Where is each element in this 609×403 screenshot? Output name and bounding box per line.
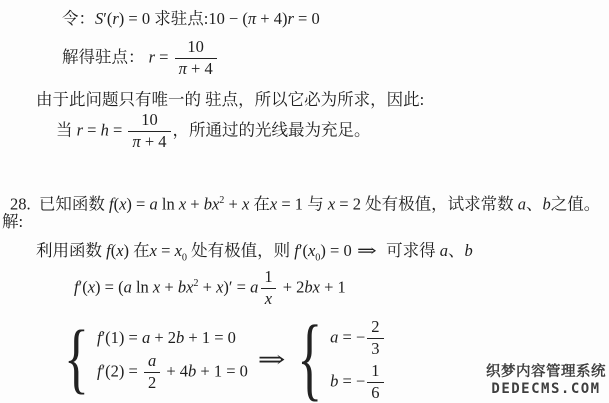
text-run: ln <box>132 277 153 296</box>
text-run: + 1 = 0 <box>184 328 236 347</box>
fraction: 1x <box>260 268 276 309</box>
text-run: 、 <box>526 195 543 214</box>
equation-systems-row: { f′(1) = a + 2b + 1 = 0 f′(2) = a2 + 4b… <box>64 318 386 403</box>
cn-solution-label: 解: <box>2 212 23 231</box>
cn-conclusion: ，所通过的光线最为充足。 <box>173 120 371 139</box>
text-run: a <box>149 195 157 214</box>
cn-find-stationary: 求驻点: <box>154 9 208 28</box>
cn-solved-stationary: 解得驻点： <box>62 47 149 66</box>
fraction: 16 <box>367 362 383 403</box>
text-run: ′( <box>79 277 88 296</box>
text-run: ′( <box>103 9 112 28</box>
text-run: b <box>542 195 550 214</box>
equation-system-left: { f′(1) = a + 2b + 1 = 0 f′(2) = a2 + 4b… <box>64 327 248 393</box>
text-run: 可求得 <box>386 241 440 260</box>
text-run: 2 <box>371 317 379 336</box>
cn-given-function: 已知函数 <box>39 195 109 214</box>
implies-arrow: ⇒ <box>258 347 286 373</box>
system-right-equation-b: b = −16 <box>330 362 385 403</box>
text-run: 之值。 <box>551 195 601 214</box>
text-run: + 4) <box>256 9 287 28</box>
text-run: x <box>265 289 272 308</box>
text-run: + 4 <box>141 132 167 151</box>
system-right-equation-a: a = −23 <box>330 318 385 359</box>
text-run: 1 <box>264 267 272 286</box>
text-run: 3 <box>371 339 379 358</box>
text-run: 2 <box>148 373 156 392</box>
fraction: 23 <box>367 318 383 359</box>
text-run: b <box>465 241 473 260</box>
system-left-equation-2: f′(2) = a2 + 4b + 1 = 0 <box>97 352 248 393</box>
text-run: = 2 <box>335 195 365 214</box>
text-run: 10 − ( <box>208 9 248 28</box>
equation-system-right: { a = −23 b = −16 <box>297 318 385 403</box>
text-run: + 2 <box>279 277 305 296</box>
text-run: = <box>155 47 173 66</box>
implies-arrow: ⇒ <box>357 240 377 262</box>
text-run: a <box>142 328 150 347</box>
text-run: bx <box>304 277 320 296</box>
text-run: + <box>224 195 242 214</box>
text-run: ) = <box>126 195 149 214</box>
text-run: bx <box>204 195 220 214</box>
text-run: 、 <box>448 241 465 260</box>
text-run: x <box>175 241 182 260</box>
text-run: = <box>109 120 127 139</box>
text-run: a <box>250 277 258 296</box>
text-run: + 4 <box>187 59 213 78</box>
cn-unique-reasoning: 由于此问题只有唯一的 驻点，所以它必为所求，因此: <box>36 90 424 109</box>
pi: π <box>248 9 256 28</box>
text-run: 6 <box>371 383 379 402</box>
left-brace-glyph: { <box>297 314 322 403</box>
formula-line-derivative: f′(x) = (a ln x + bx2 + x)′ = a1x + 2bx … <box>74 268 346 309</box>
text-run: + 1 = 0 <box>196 362 248 381</box>
fraction: a2 <box>144 352 160 393</box>
formula-line-set-derivative-zero: 令：S′(r) = 0 求驻点:10 − (π + 4)r = 0 <box>62 8 320 30</box>
cn-when: 当 <box>56 120 77 139</box>
text-run: + 4 <box>162 362 188 381</box>
text-run: 在 <box>133 241 150 260</box>
text-line-unique-stationary-reasoning: 由于此问题只有唯一的 驻点，所以它必为所求，因此: <box>36 89 424 111</box>
watermark-cn-text: 织梦内容管理系统 <box>486 363 606 381</box>
text-run: π <box>179 59 187 78</box>
text-run: bx <box>178 277 194 296</box>
text-run: = 0 <box>294 9 320 28</box>
text-run: x <box>116 241 123 260</box>
text-run: + <box>160 277 178 296</box>
var-h: h <box>101 120 109 139</box>
text-run: + <box>186 195 204 214</box>
text-run: 10 <box>187 37 204 56</box>
text-run: x <box>88 277 95 296</box>
text-run: ′( <box>299 241 308 260</box>
text-run: a <box>440 241 448 260</box>
solution-label: 解: <box>2 211 23 233</box>
text-run: 在 <box>249 195 270 214</box>
text-run: ) <box>124 241 134 260</box>
watermark: 织梦内容管理系统 DEDECMS.COM <box>486 363 606 398</box>
fraction: 10π + 4 <box>128 111 170 152</box>
text-run: 处有极值，试求常数 <box>365 195 518 214</box>
formula-line-conclusion: 当 r = h = 10π + 4，所通过的光线最为充足。 <box>56 111 371 152</box>
text-run: ) = 0 <box>119 9 154 28</box>
problem-28-statement: 28. 已知函数 f(x) = a ln x + bx2 + x 在x = 1 … <box>10 190 600 216</box>
cn-let: 令： <box>62 9 95 28</box>
formula-line-stationary-point-solution: 解得驻点： r = 10π + 4 <box>62 38 219 79</box>
text-run: ) = ( <box>95 277 124 296</box>
text-run: = <box>83 120 101 139</box>
cn-use-function: 利用函数 <box>36 241 106 260</box>
text-run: = − <box>338 371 365 390</box>
text-run: + 2 <box>150 328 176 347</box>
text-run: )′ = <box>223 277 250 296</box>
text-run: a <box>124 277 132 296</box>
text-run: 与 <box>307 195 328 214</box>
formula-line-extremum-method: 利用函数 f(x) 在x = x0 处有极值，则 f′(x0) = 0 ⇒ 可求… <box>36 240 473 269</box>
left-brace-glyph: { <box>64 321 89 399</box>
text-run: + 1 <box>320 277 346 296</box>
text-run: = <box>157 241 175 260</box>
text-run: ′(1) = <box>102 328 142 347</box>
text-run: x <box>150 241 157 260</box>
watermark-domain-text: DEDECMS.COM <box>486 381 606 398</box>
text-run: = 1 <box>277 195 307 214</box>
text-run: a <box>148 351 156 370</box>
text-run: 1 <box>371 361 379 380</box>
text-run: ) = 0 <box>320 241 351 260</box>
text-run: ′(2) = <box>102 362 142 381</box>
text-run: a <box>518 195 526 214</box>
fraction: 10π + 4 <box>175 38 217 79</box>
text-run: + <box>199 277 217 296</box>
text-run: 处有极值，则 <box>187 241 294 260</box>
text-run: π <box>132 132 140 151</box>
text-run: 10 <box>141 110 158 129</box>
text-run: ln <box>158 195 179 214</box>
document-page: 令：S′(r) = 0 求驻点:10 − (π + 4)r = 0 解得驻点： … <box>0 0 609 403</box>
text-run: = − <box>338 327 365 346</box>
system-left-equation-1: f′(1) = a + 2b + 1 = 0 <box>97 327 248 349</box>
var-S: S <box>95 9 103 28</box>
